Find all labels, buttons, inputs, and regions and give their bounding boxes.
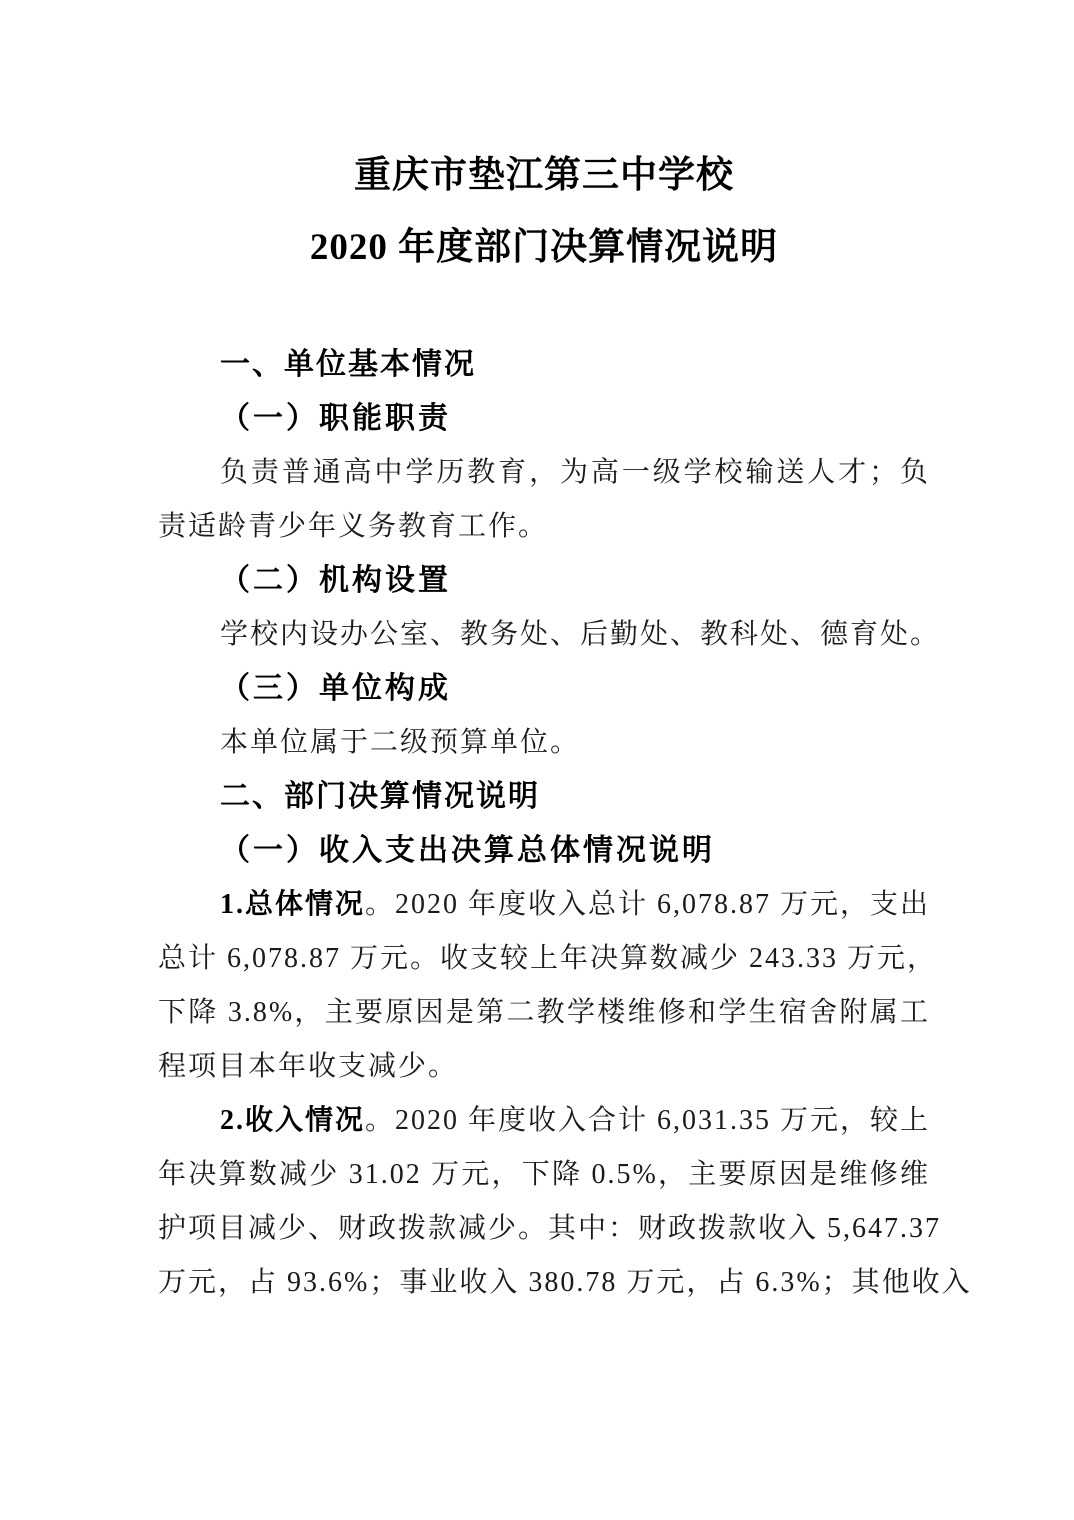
text-line-8: 本单位属于二级预算单位。 [158, 716, 930, 770]
text-line-11: 1.总体情况。2020 年度收入总计 6,078.87 万元，支出 [158, 878, 930, 932]
text-line-1: 一、单位基本情况 [158, 338, 930, 392]
document-title-line-2: 2020 年度部门决算情况说明 [158, 212, 930, 284]
text-line-10: （一）收入支出决算总体情况说明 [158, 824, 930, 878]
document-title: 重庆市垫江第三中学校 2020 年度部门决算情况说明 [158, 140, 930, 284]
text-line-5: （二）机构设置 [158, 554, 930, 608]
text-line-14: 程项目本年收支减少。 [158, 1040, 930, 1094]
text-segment: 下降 3.8%，主要原因是第二教学楼维修和学生宿舍附属工 [158, 997, 930, 1028]
document-page: 重庆市垫江第三中学校 2020 年度部门决算情况说明 一、单位基本情况（一）职能… [0, 0, 1074, 1520]
text-segment: 。2020 年度收入总计 6,078.87 万元，支出 [365, 889, 930, 920]
document-body: 一、单位基本情况（一）职能职责负责普通高中学历教育，为高一级学校输送人才；负责适… [158, 338, 930, 1310]
text-line-15: 2.收入情况。2020 年度收入合计 6,031.35 万元，较上 [158, 1094, 930, 1148]
text-line-12: 总计 6,078.87 万元。收支较上年决算数减少 243.33 万元， [158, 932, 930, 986]
text-line-13: 下降 3.8%，主要原因是第二教学楼维修和学生宿舍附属工 [158, 986, 930, 1040]
text-line-3: 负责普通高中学历教育，为高一级学校输送人才；负 [158, 446, 930, 500]
text-segment: 程项目本年收支减少。 [158, 1051, 458, 1082]
text-line-9: 二、部门决算情况说明 [158, 770, 930, 824]
text-segment: 责适龄青少年义务教育工作。 [158, 511, 548, 542]
text-segment: 万元，占 93.6%；事业收入 380.78 万元，占 6.3%；其他收入 [158, 1267, 972, 1298]
bold-lead: （三）单位构成 [220, 672, 451, 705]
bold-lead: 一、单位基本情况 [220, 348, 476, 381]
text-line-4: 责适龄青少年义务教育工作。 [158, 500, 930, 554]
text-segment: 护项目减少、财政拨款减少。其中：财政拨款收入 5,647.37 [158, 1213, 941, 1244]
text-line-18: 万元，占 93.6%；事业收入 380.78 万元，占 6.3%；其他收入 [158, 1256, 930, 1310]
text-line-7: （三）单位构成 [158, 662, 930, 716]
document-title-line-1: 重庆市垫江第三中学校 [158, 140, 930, 212]
text-segment: 本单位属于二级预算单位。 [220, 727, 580, 758]
text-line-17: 护项目减少、财政拨款减少。其中：财政拨款收入 5,647.37 [158, 1202, 930, 1256]
bold-lead: （一）收入支出决算总体情况说明 [220, 834, 715, 867]
text-line-2: （一）职能职责 [158, 392, 930, 446]
text-line-6: 学校内设办公室、教务处、后勤处、教科处、德育处。 [158, 608, 930, 662]
bold-lead: （二）机构设置 [220, 564, 451, 597]
text-segment: 年决算数减少 31.02 万元，下降 0.5%，主要原因是维修维 [158, 1159, 930, 1190]
bold-lead: 1.总体情况 [220, 889, 365, 920]
text-line-16: 年决算数减少 31.02 万元，下降 0.5%，主要原因是维修维 [158, 1148, 930, 1202]
text-segment: 总计 6,078.87 万元。收支较上年决算数减少 243.33 万元， [158, 943, 937, 974]
text-segment: 负责普通高中学历教育，为高一级学校输送人才；负 [220, 457, 930, 488]
bold-lead: 二、部门决算情况说明 [220, 780, 540, 813]
text-segment: 学校内设办公室、教务处、后勤处、教科处、德育处。 [220, 619, 940, 650]
bold-lead: 2.收入情况 [220, 1105, 365, 1136]
text-segment: 。2020 年度收入合计 6,031.35 万元，较上 [365, 1105, 930, 1136]
bold-lead: （一）职能职责 [220, 402, 451, 435]
